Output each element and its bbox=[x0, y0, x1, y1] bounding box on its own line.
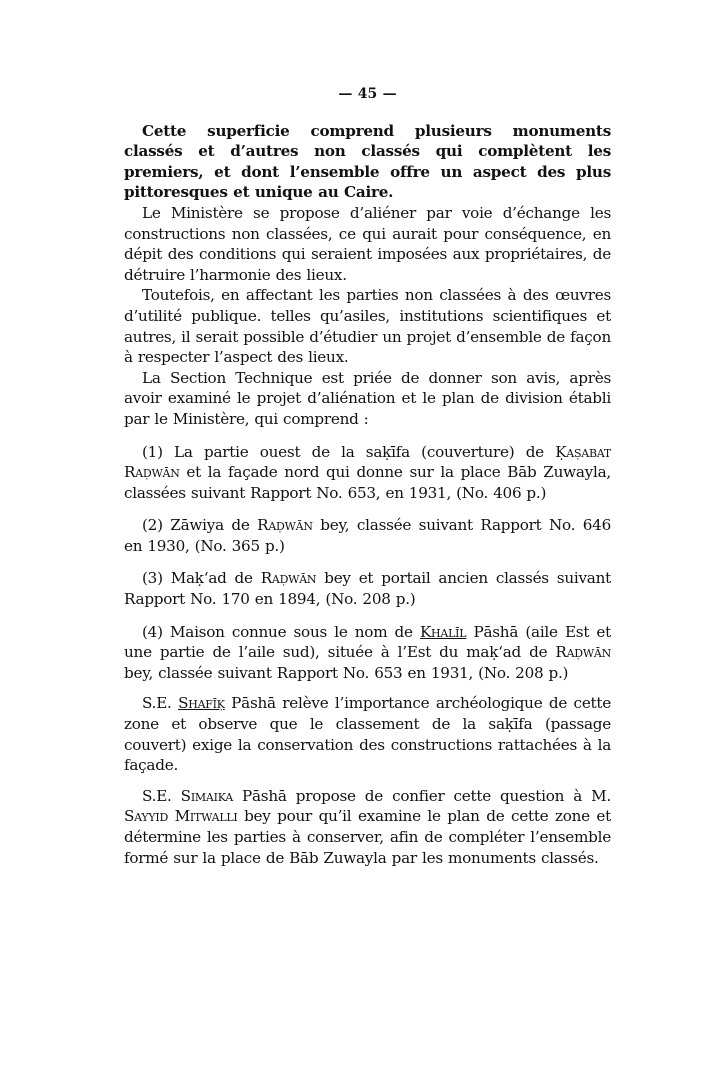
proper-name: Khalīl bbox=[420, 623, 466, 641]
paragraph-toutefois: Toutefois, en affectant les parties non … bbox=[124, 285, 611, 367]
paragraph-shafik-pasha: S.E. Shafīḳ Pāshā relève l’importance ar… bbox=[124, 693, 611, 775]
paragraph-simaika-pasha: S.E. Simaika Pāshā propose de confier ce… bbox=[124, 786, 611, 868]
list-item: (2) Zāwiya de Raḍwān bey, classée suivan… bbox=[124, 515, 611, 556]
document-page: — 45 — Cette superficie comprend plusieu… bbox=[124, 84, 611, 868]
paragraph-superficie: Cette superficie comprend plusieurs monu… bbox=[124, 121, 611, 203]
proper-name: Simaika bbox=[181, 787, 233, 805]
text-run: et la façade nord qui donne sur la place… bbox=[124, 463, 611, 502]
text-run: (3) Maḳ‘ad de bbox=[142, 569, 261, 587]
proper-name: Raḍwān bbox=[261, 569, 317, 587]
text-run: S.E. bbox=[142, 787, 181, 805]
paragraph-ministere: Le Ministère se propose d’aliéner par vo… bbox=[124, 203, 611, 285]
page-number: — 45 — bbox=[124, 84, 611, 105]
paragraph-section-technique: La Section Technique est priée de donner… bbox=[124, 368, 611, 430]
text-run: (4) Maison connue sous le nom de bbox=[142, 623, 420, 641]
list-item: (4) Maison connue sous le nom de Khalīl … bbox=[124, 622, 611, 684]
text-run: (2) Zāwiya de bbox=[142, 516, 257, 534]
text-run: (1) La partie ouest de la saḳīfa (couver… bbox=[142, 443, 555, 461]
text-run: Pāshā propose de confier cette question … bbox=[233, 787, 611, 805]
proper-name: Sayyid Mitwalli bbox=[124, 807, 238, 825]
text-run: S.E. bbox=[142, 694, 178, 712]
numbered-list: (1) La partie ouest de la saḳīfa (couver… bbox=[124, 442, 611, 684]
list-item: (1) La partie ouest de la saḳīfa (couver… bbox=[124, 442, 611, 504]
proper-name: Raḍwān bbox=[555, 643, 611, 661]
list-item: (3) Maḳ‘ad de Raḍwān bey et portail anci… bbox=[124, 568, 611, 609]
proper-name: Raḍwān bbox=[257, 516, 313, 534]
text-run: bey, classée suivant Rapport No. 653 en … bbox=[124, 664, 568, 682]
proper-name: Shafīḳ bbox=[178, 694, 225, 712]
